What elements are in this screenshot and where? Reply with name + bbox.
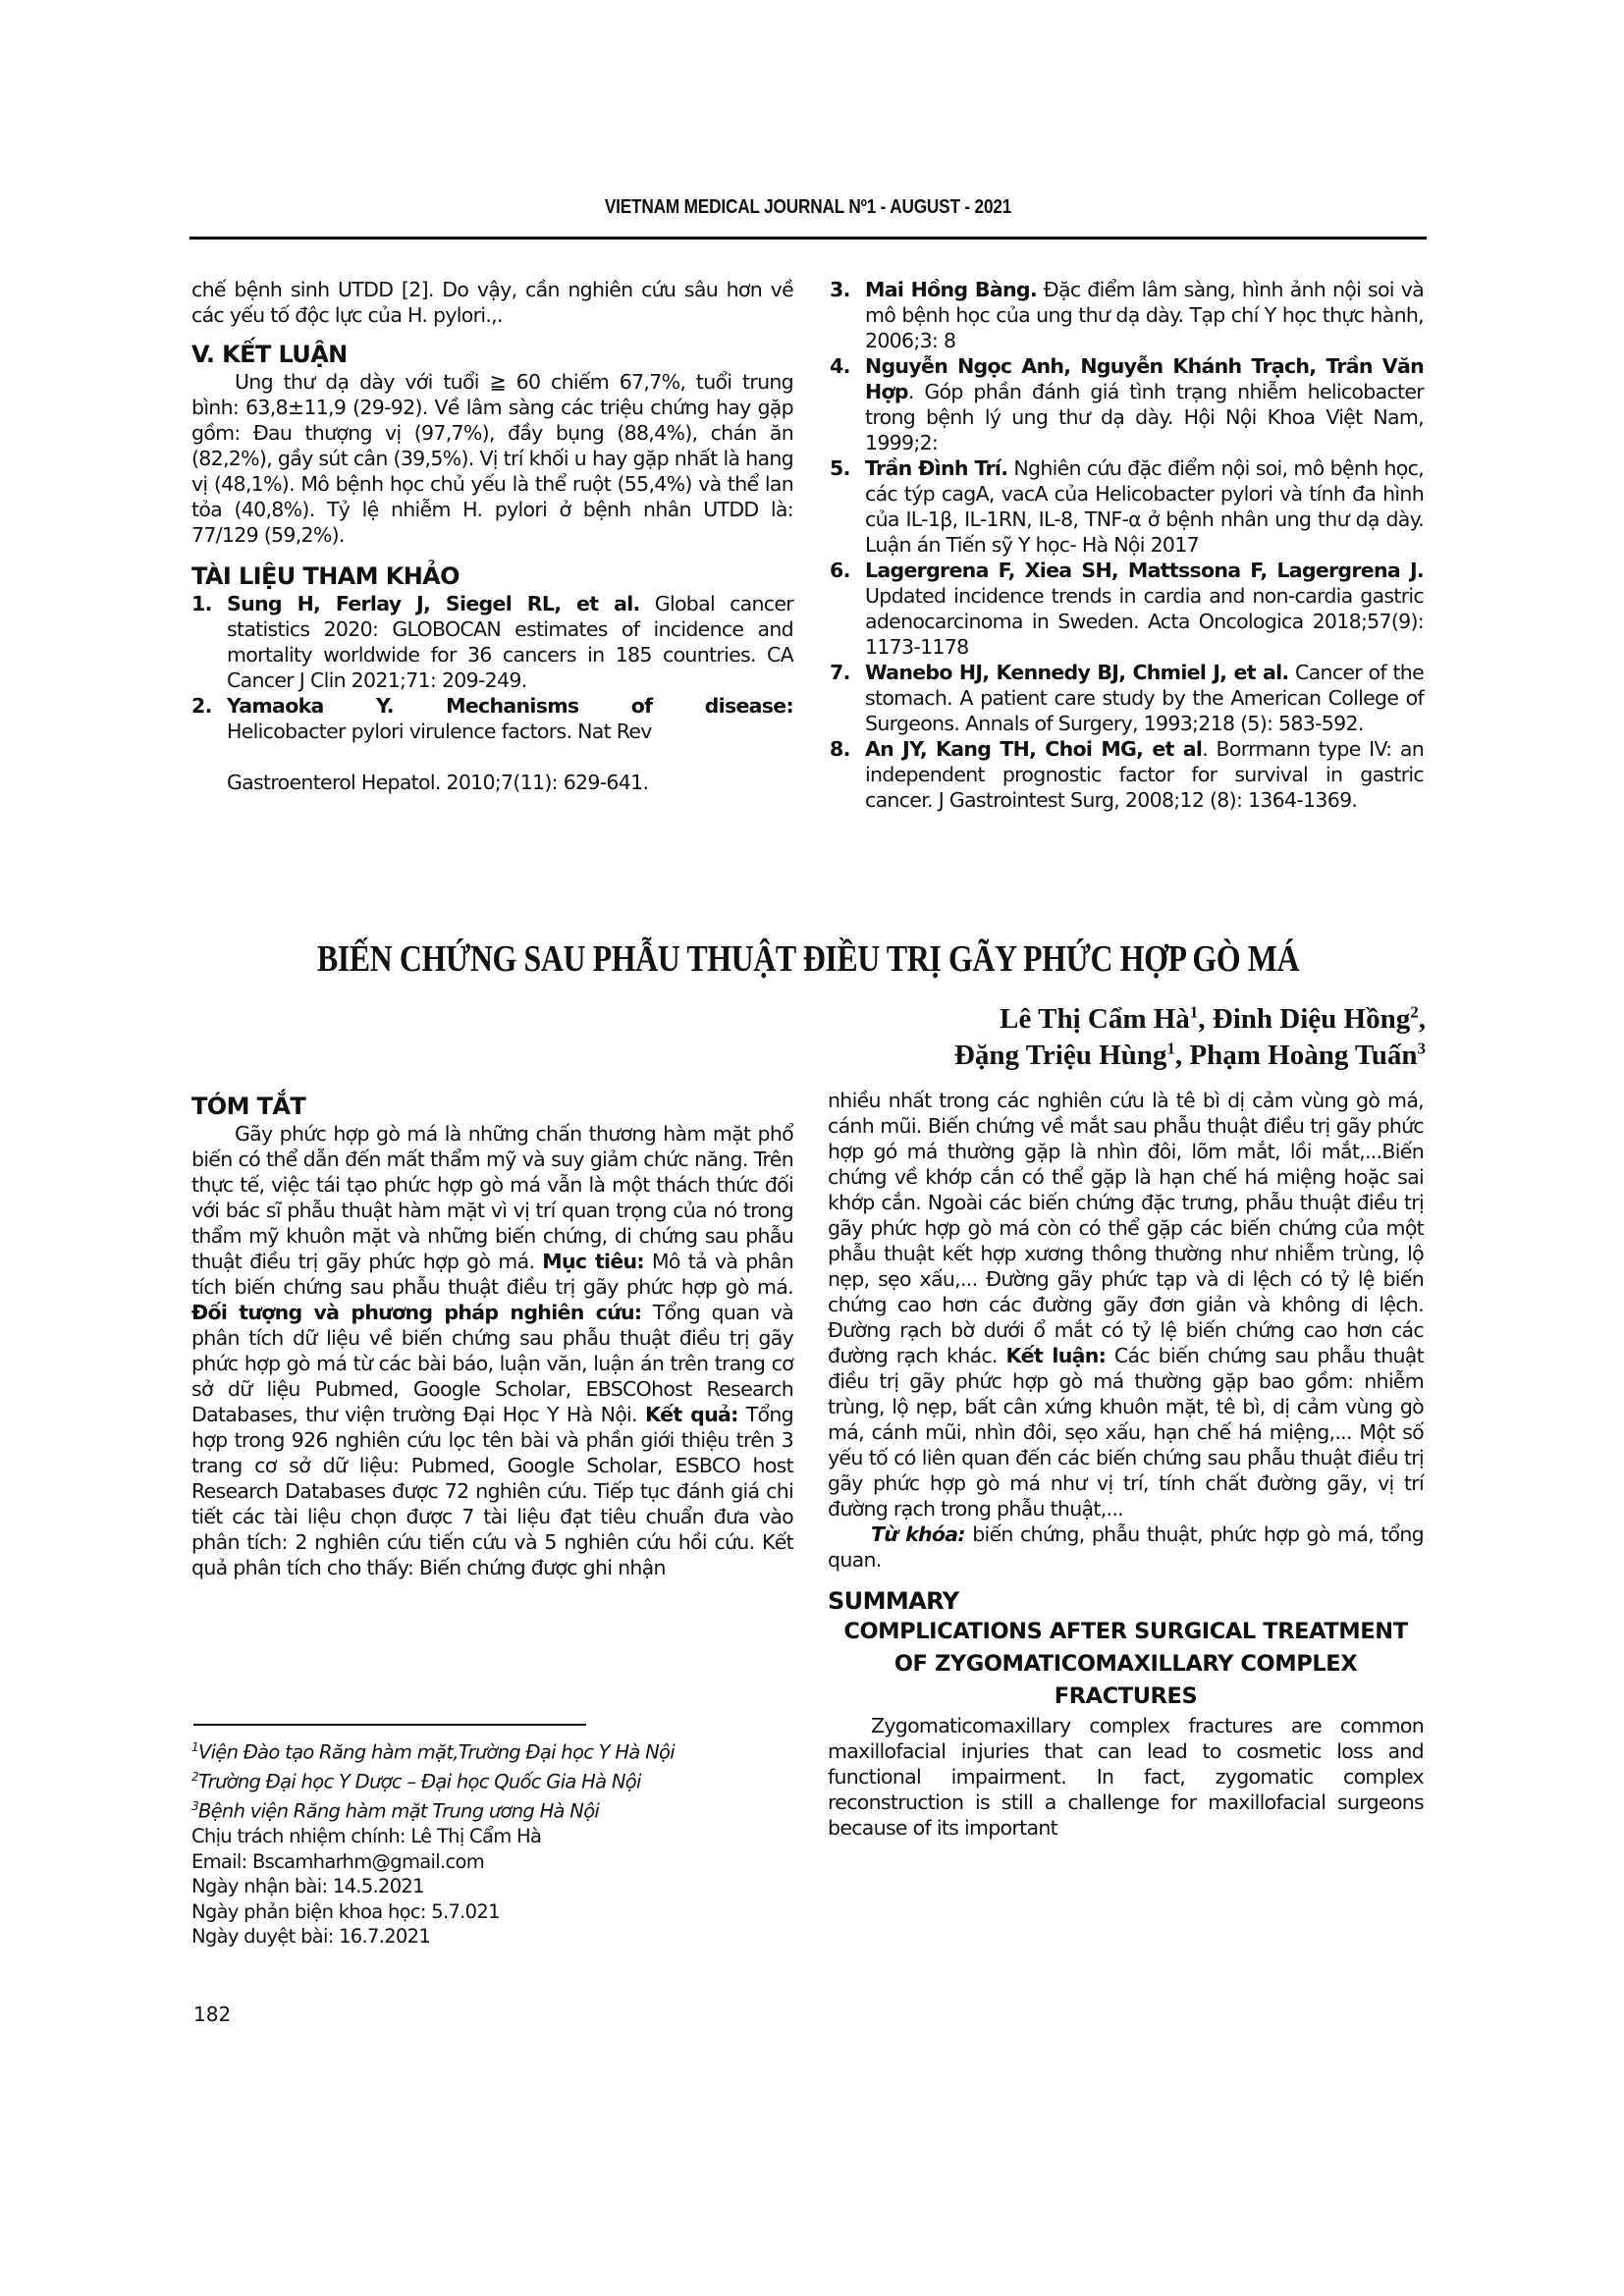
- author-line-1: Lê Thị Cẩm Hà1, Đinh Diệu Hồng2,: [954, 1001, 1426, 1038]
- reference-item-2: 2. Yamaoka Y. Mechanisms of disease: Hel…: [191, 693, 793, 795]
- reference-number: 7.: [830, 660, 865, 736]
- objective-label: Mục tiêu:: [542, 1250, 644, 1273]
- reference-text: . Góp phần đánh giá tình trạng nhiễm hel…: [865, 380, 1424, 454]
- reference-item-8: 8. An JY, Kang TH, Choi MG, et al. Borrm…: [830, 736, 1424, 813]
- prev-article-right-column: 3. Mai Hồng Bàng. Đặc điểm lâm sàng, hìn…: [830, 277, 1424, 813]
- conclusion-heading: V. KẾT LUẬN: [191, 340, 793, 369]
- reference-authors: Yamaoka Y. Mechanisms of disease:: [227, 693, 793, 719]
- reference-number: 2.: [191, 693, 227, 795]
- reference-number: 3.: [830, 277, 865, 353]
- reference-number: 8.: [830, 736, 865, 813]
- author-email: Email: Bscamharhm@gmail.com: [191, 1849, 800, 1875]
- abstract-paragraph-continued: nhiều nhất trong các nghiên cứu là tê bì…: [828, 1088, 1424, 1522]
- reference-number: 6.: [830, 558, 865, 660]
- reference-number: 5.: [830, 455, 865, 558]
- article-title: BIẾN CHỨNG SAU PHẪU THUẬT ĐIỀU TRỊ GÃY P…: [289, 937, 1327, 981]
- date-accepted: Ngày duyệt bài: 16.7.2021: [191, 1924, 800, 1949]
- date-reviewed: Ngày phản biện khoa học: 5.7.021: [191, 1899, 800, 1925]
- reference-item-5: 5. Trần Đình Trí. Nghiên cứu đặc điểm nộ…: [830, 455, 1424, 558]
- reference-authors: Trần Đình Trí.: [865, 456, 1007, 480]
- author-affiliation-marker: 3: [1418, 1039, 1427, 1057]
- author-name: Đặng Triệu Hùng: [954, 1040, 1166, 1071]
- reference-item-6: 6. Lagergrena F, Xiea SH, Mattssona F, L…: [830, 558, 1424, 660]
- prev-article-continuation: chế bệnh sinh UTDD [2]. Do vậy, cần nghi…: [191, 277, 793, 328]
- header-rule: [189, 237, 1427, 240]
- reference-item-4: 4. Nguyễn Ngọc Anh, Nguyễn Khánh Trạch, …: [830, 353, 1424, 455]
- author-name: Phạm Hoàng Tuấn: [1189, 1040, 1417, 1071]
- author-line-2: Đặng Triệu Hùng1, Phạm Hoàng Tuấn3: [954, 1038, 1426, 1074]
- reference-item-7: 7. Wanebo HJ, Kennedy BJ, Chmiel J, et a…: [830, 660, 1424, 736]
- footnotes: 1Viện Đào tạo Răng hàm mặt,Trường Đại họ…: [191, 1735, 800, 1949]
- author-affiliation-marker: 2: [1410, 1002, 1419, 1021]
- abstract-heading: TÓM TẮT: [191, 1092, 793, 1121]
- author-name: Lê Thị Cẩm Hà: [1000, 1003, 1190, 1035]
- reference-text: Helicobacter pylori virulence factors. N…: [227, 720, 652, 743]
- references-heading: TÀI LIỆU THAM KHẢO: [191, 561, 793, 591]
- affiliation-3: 3Bệnh viện Răng hàm mặt Trung ương Hà Nộ…: [191, 1794, 800, 1824]
- conclusion-label: Kết luận:: [1006, 1344, 1107, 1367]
- reference-authors: Lagergrena F, Xiea SH, Mattssona F, Lage…: [865, 559, 1424, 582]
- corresponding-author: Chịu trách nhiệm chính: Lê Thị Cẩm Hà: [191, 1824, 800, 1849]
- keywords-label: Từ khóa:: [871, 1522, 965, 1546]
- author-name: Đinh Diệu Hồng: [1213, 1003, 1410, 1035]
- summary-title: COMPLICATIONS AFTER SURGICAL TREATMENT O…: [828, 1616, 1424, 1713]
- reference-number: 4.: [830, 353, 865, 455]
- reference-item-1: 1. Sung H, Ferlay J, Siegel RL, et al. G…: [191, 591, 793, 693]
- running-header: VIETNAM MEDICAL JOURNAL Nº1 - AUGUST - 2…: [276, 196, 1340, 219]
- abstract-paragraph: Gãy phức hợp gò má là những chấn thương …: [191, 1121, 793, 1580]
- date-received: Ngày nhận bài: 14.5.2021: [191, 1874, 800, 1899]
- abstract-left-column: TÓM TẮT Gãy phức hợp gò má là những chấn…: [191, 1092, 793, 1580]
- affiliation-1: 1Viện Đào tạo Răng hàm mặt,Trường Đại họ…: [191, 1735, 800, 1765]
- author-affiliation-marker: 1: [1166, 1039, 1175, 1057]
- reference-item-3: 3. Mai Hồng Bàng. Đặc điểm lâm sàng, hìn…: [830, 277, 1424, 353]
- reference-number: 1.: [191, 591, 227, 693]
- author-list: Lê Thị Cẩm Hà1, Đinh Diệu Hồng2, Đặng Tr…: [954, 1001, 1426, 1074]
- reference-authors: An JY, Kang TH, Choi MG, et al: [865, 737, 1202, 761]
- summary-text: Zygomaticomaxillary complex fractures ar…: [828, 1713, 1424, 1841]
- prev-article-left-column: chế bệnh sinh UTDD [2]. Do vậy, cần nghi…: [191, 277, 793, 795]
- keywords: Từ khóa: biến chứng, phẫu thuật, phức hợ…: [828, 1522, 1424, 1573]
- results-label: Kết quả:: [645, 1403, 738, 1426]
- conclusion-text: Ung thư dạ dày với tuổi ≧ 60 chiếm 67,7%…: [191, 369, 793, 548]
- reference-authors: Wanebo HJ, Kennedy BJ, Chmiel J, et al.: [865, 661, 1289, 684]
- footnote-rule: [193, 1724, 586, 1726]
- reference-authors: Mai Hồng Bàng.: [865, 278, 1037, 301]
- abstract-right-column: nhiều nhất trong các nghiên cứu là tê bì…: [828, 1088, 1424, 1841]
- page-number: 182: [193, 2002, 231, 2026]
- affiliation-2: 2Trường Đại học Y Dược – Đại học Quốc Gi…: [191, 1765, 800, 1794]
- summary-heading: SUMMARY: [828, 1586, 1424, 1616]
- reference-authors: Sung H, Ferlay J, Siegel RL, et al.: [227, 592, 640, 615]
- reference-text-continued: Gastroenterol Hepatol. 2010;7(11): 629-6…: [227, 771, 648, 794]
- methods-label: Đối tượng và phương pháp nghiên cứu:: [191, 1301, 641, 1324]
- reference-text: Updated incidence trends in cardia and n…: [865, 584, 1424, 659]
